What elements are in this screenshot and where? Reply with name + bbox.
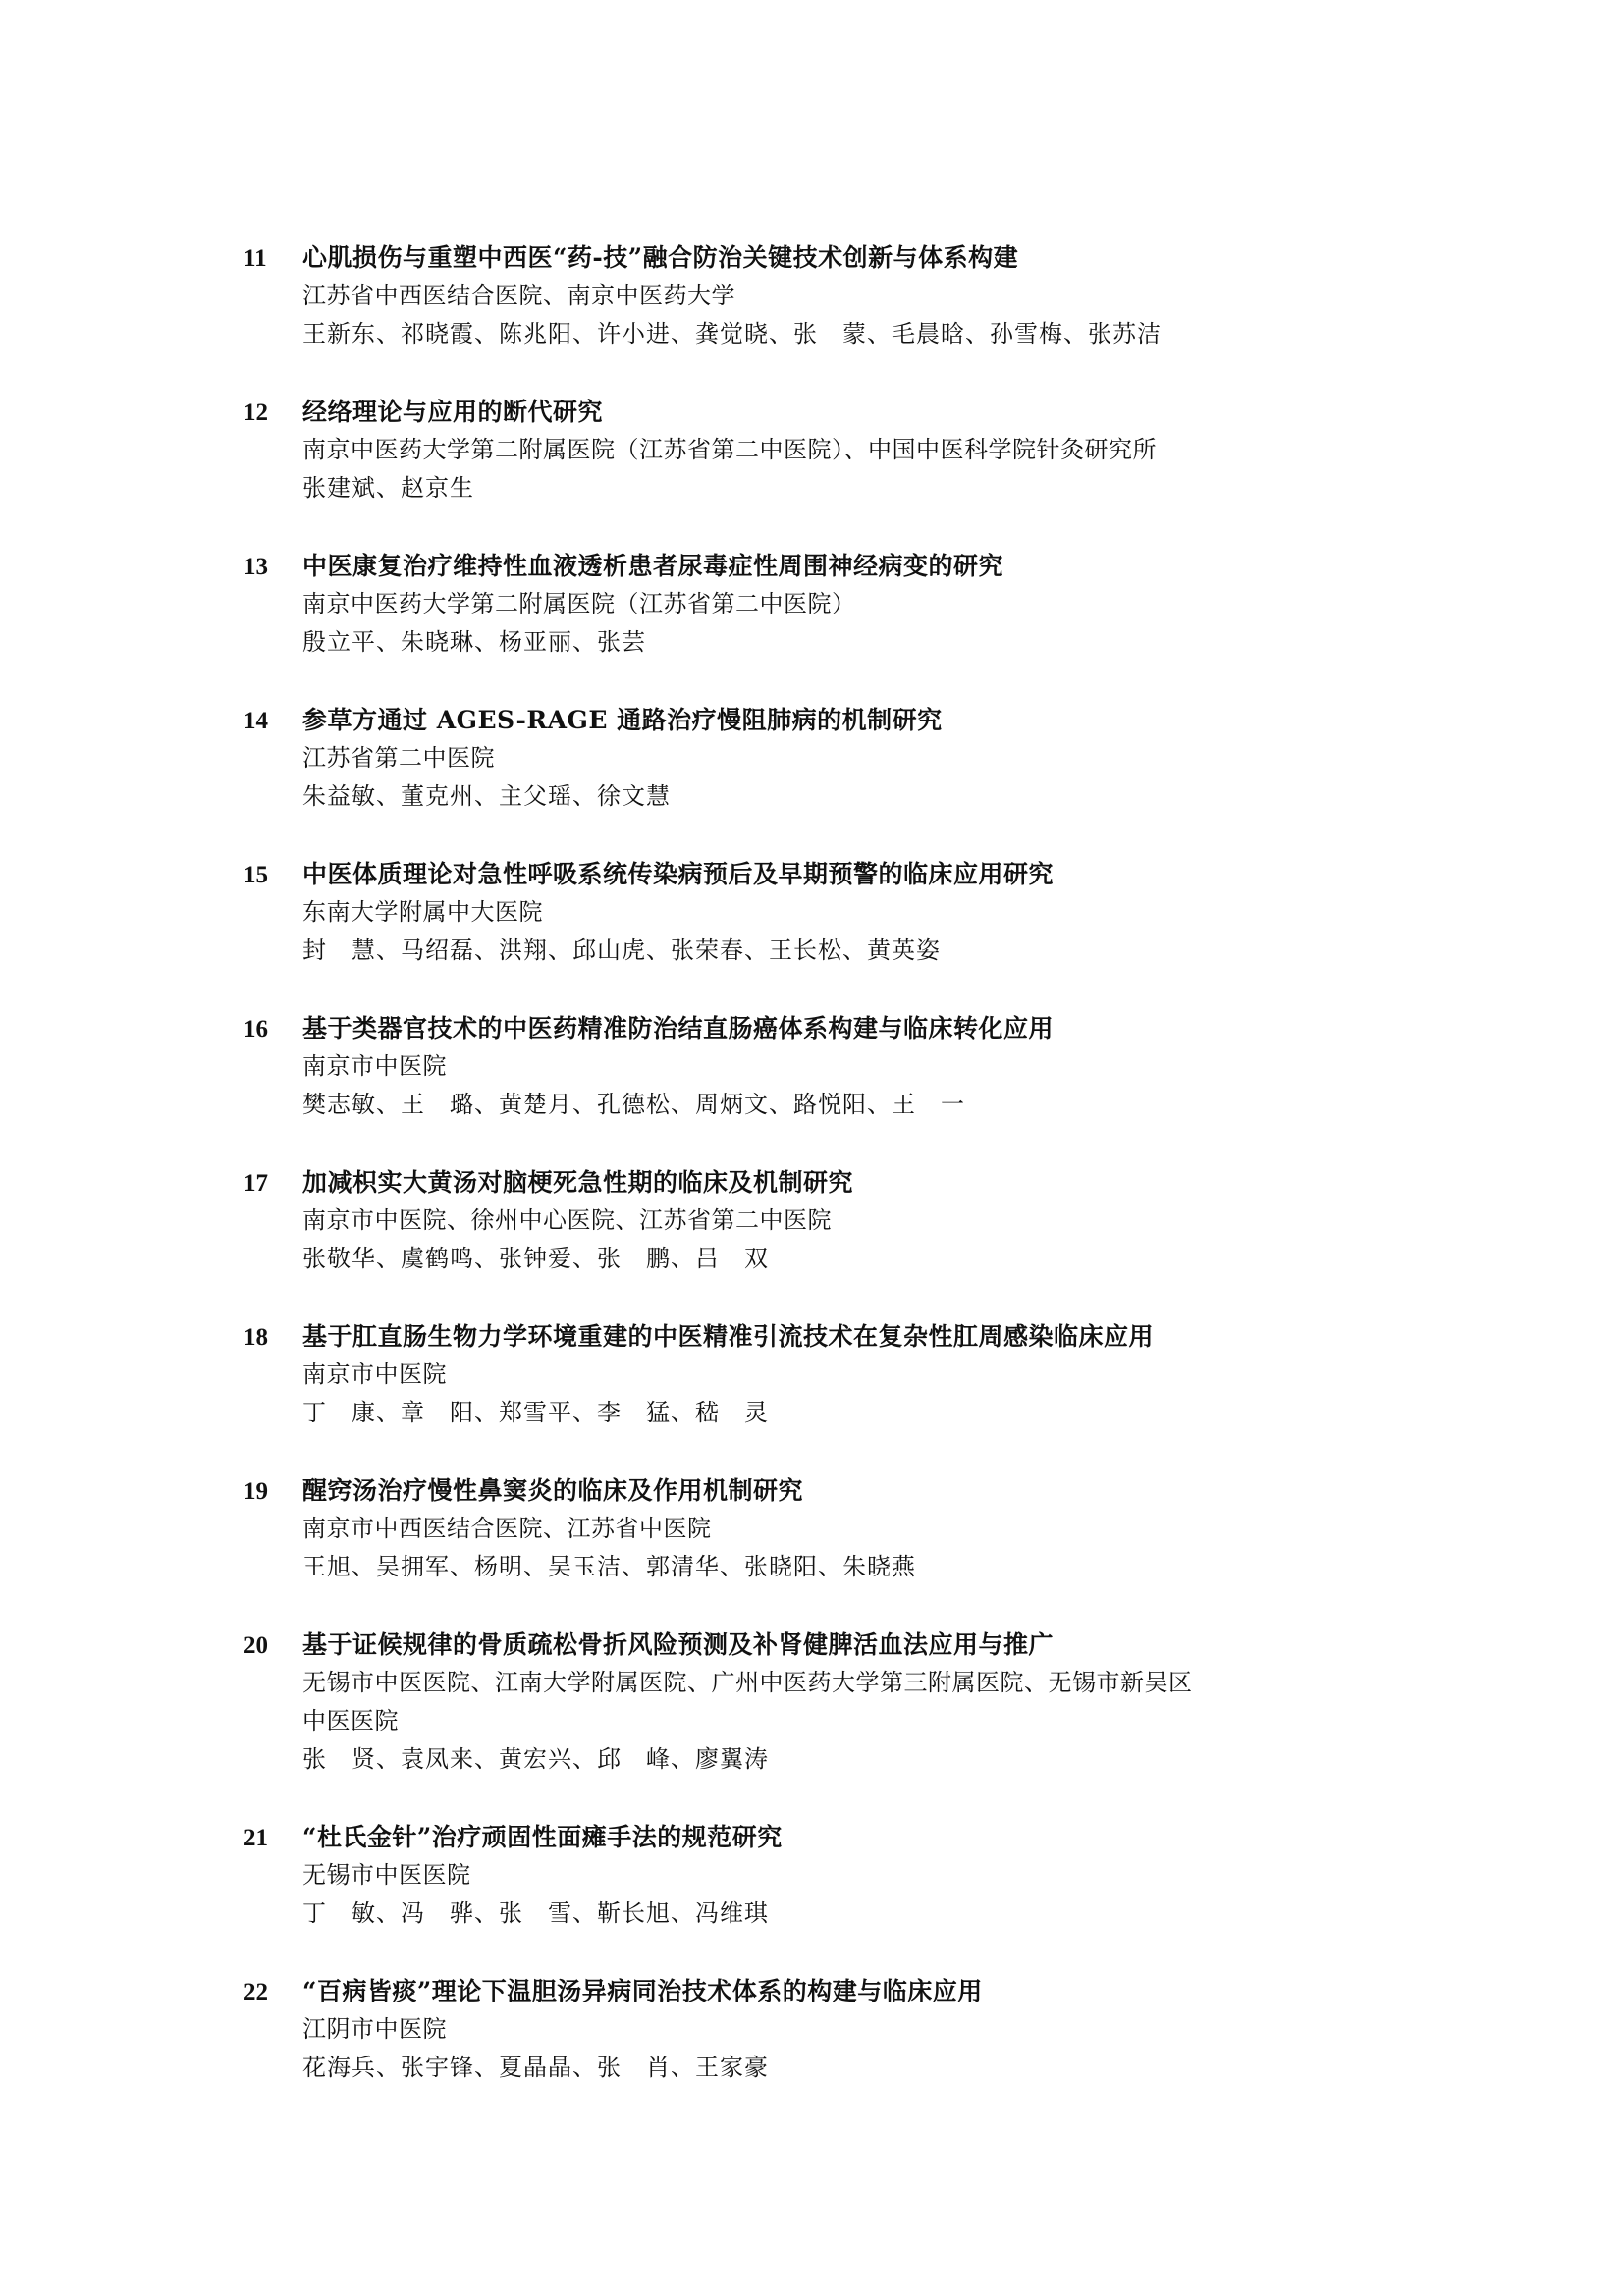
item-number: 17 [244, 1164, 302, 1202]
item-number: 11 [244, 240, 302, 278]
authors: 王新东、祁晓霞、陈兆阳、许小进、龚觉晓、张 蒙、毛晨晗、孙雪梅、张苏洁 [244, 315, 1402, 353]
authors: 朱益敏、董克州、主父瑶、徐文慧 [244, 777, 1402, 816]
authors: 丁 敏、冯 骅、张 雪、靳长旭、冯维琪 [244, 1895, 1402, 1933]
project-title: “百病皆痰”理论下温胆汤异病同治技术体系的构建与临床应用 [302, 1972, 983, 2010]
project-title: 参草方通过 AGES-RAGE 通路治疗慢阻肺病的机制研究 [302, 701, 943, 739]
institution: 无锡市中医医院、江南大学附属医院、广州中医药大学第三附属医院、无锡市新吴区 [244, 1664, 1402, 1702]
list-item: 13中医康复治疗维持性血液透析患者尿毒症性周围神经病变的研究 南京中医药大学第二… [244, 547, 1402, 662]
item-number: 16 [244, 1010, 302, 1048]
authors: 张 贤、袁凤来、黄宏兴、邱 峰、廖翼涛 [244, 1740, 1402, 1779]
institution: 南京市中医院 [244, 1356, 1402, 1394]
institution: 南京市中医院 [244, 1047, 1402, 1086]
list-item: 16基于类器官技术的中医药精准防治结直肠癌体系构建与临床转化应用 南京市中医院 … [244, 1009, 1402, 1124]
authors: 樊志敏、王 璐、黄楚月、孔德松、周炳文、路悦阳、王 一 [244, 1086, 1402, 1124]
list-item: 22“百病皆痰”理论下温胆汤异病同治技术体系的构建与临床应用 江阴市中医院 花海… [244, 1972, 1402, 2087]
institution: 南京市中西医结合医院、江苏省中医院 [244, 1510, 1402, 1548]
item-number: 19 [244, 1472, 302, 1511]
list-item: 14参草方通过 AGES-RAGE 通路治疗慢阻肺病的机制研究 江苏省第二中医院… [244, 701, 1402, 816]
project-title: 心肌损伤与重塑中西医“药-技”融合防治关键技术创新与体系构建 [302, 239, 1018, 277]
institution: 江苏省中西医结合医院、南京中医药大学 [244, 277, 1402, 315]
authors: 张建斌、赵京生 [244, 469, 1402, 507]
project-title: 醒窍汤治疗慢性鼻窦炎的临床及作用机制研究 [302, 1471, 803, 1510]
authors: 封 慧、马绍磊、洪翔、邱山虎、张荣春、王长松、黄英姿 [244, 932, 1402, 970]
item-number: 13 [244, 548, 302, 586]
project-title: 中医康复治疗维持性血液透析患者尿毒症性周围神经病变的研究 [302, 547, 1003, 585]
item-number: 12 [244, 394, 302, 432]
item-number: 18 [244, 1318, 302, 1357]
authors: 丁 康、章 阳、郑雪平、李 猛、嵇 灵 [244, 1394, 1402, 1432]
institution: 南京中医药大学第二附属医院（江苏省第二中医院） [244, 585, 1402, 623]
list-item: 20基于证候规律的骨质疏松骨折风险预测及补肾健脾活血法应用与推广 无锡市中医医院… [244, 1626, 1402, 1779]
list-item: 17加减枳实大黄汤对脑梗死急性期的临床及机制研究 南京市中医院、徐州中心医院、江… [244, 1163, 1402, 1278]
item-number: 22 [244, 1973, 302, 2011]
list-item: 21“杜氏金针”治疗顽固性面瘫手法的规范研究 无锡市中医医院 丁 敏、冯 骅、张… [244, 1818, 1402, 1933]
institution: 南京中医药大学第二附属医院（江苏省第二中医院）、中国中医科学院针灸研究所 [244, 431, 1402, 469]
institution-continued: 中医医院 [244, 1702, 1402, 1740]
item-number: 14 [244, 702, 302, 740]
institution: 江苏省第二中医院 [244, 739, 1402, 777]
authors: 张敬华、虞鹤鸣、张钟爱、张 鹏、吕 双 [244, 1240, 1402, 1278]
authors: 王旭、吴拥军、杨明、吴玉洁、郭清华、张晓阳、朱晓燕 [244, 1548, 1402, 1586]
award-list: 11心肌损伤与重塑中西医“药-技”融合防治关键技术创新与体系构建 江苏省中西医结… [244, 239, 1402, 2126]
item-number: 21 [244, 1819, 302, 1857]
list-item: 15中医体质理论对急性呼吸系统传染病预后及早期预警的临床应用研究 东南大学附属中… [244, 855, 1402, 970]
institution: 东南大学附属中大医院 [244, 893, 1402, 932]
item-number: 15 [244, 856, 302, 894]
institution: 无锡市中医医院 [244, 1856, 1402, 1895]
list-item: 18基于肛直肠生物力学环境重建的中医精准引流技术在复杂性肛周感染临床应用 南京市… [244, 1317, 1402, 1432]
list-item: 11心肌损伤与重塑中西医“药-技”融合防治关键技术创新与体系构建 江苏省中西医结… [244, 239, 1402, 353]
project-title: 基于类器官技术的中医药精准防治结直肠癌体系构建与临床转化应用 [302, 1009, 1054, 1047]
project-title: 加减枳实大黄汤对脑梗死急性期的临床及机制研究 [302, 1163, 853, 1201]
item-number: 20 [244, 1627, 302, 1665]
institution: 南京市中医院、徐州中心医院、江苏省第二中医院 [244, 1201, 1402, 1240]
document-page: 11心肌损伤与重塑中西医“药-技”融合防治关键技术创新与体系构建 江苏省中西医结… [0, 0, 1624, 2296]
institution: 江阴市中医院 [244, 2010, 1402, 2049]
project-title: 经络理论与应用的断代研究 [302, 393, 603, 431]
list-item: 12经络理论与应用的断代研究 南京中医药大学第二附属医院（江苏省第二中医院）、中… [244, 393, 1402, 507]
project-title: 中医体质理论对急性呼吸系统传染病预后及早期预警的临床应用研究 [302, 855, 1054, 893]
list-item: 19醒窍汤治疗慢性鼻窦炎的临床及作用机制研究 南京市中西医结合医院、江苏省中医院… [244, 1471, 1402, 1586]
project-title: 基于证候规律的骨质疏松骨折风险预测及补肾健脾活血法应用与推广 [302, 1626, 1054, 1664]
project-title: 基于肛直肠生物力学环境重建的中医精准引流技术在复杂性肛周感染临床应用 [302, 1317, 1154, 1356]
authors: 殷立平、朱晓琳、杨亚丽、张芸 [244, 623, 1402, 662]
project-title: “杜氏金针”治疗顽固性面瘫手法的规范研究 [302, 1818, 783, 1856]
authors: 花海兵、张宇锋、夏晶晶、张 肖、王家豪 [244, 2049, 1402, 2087]
